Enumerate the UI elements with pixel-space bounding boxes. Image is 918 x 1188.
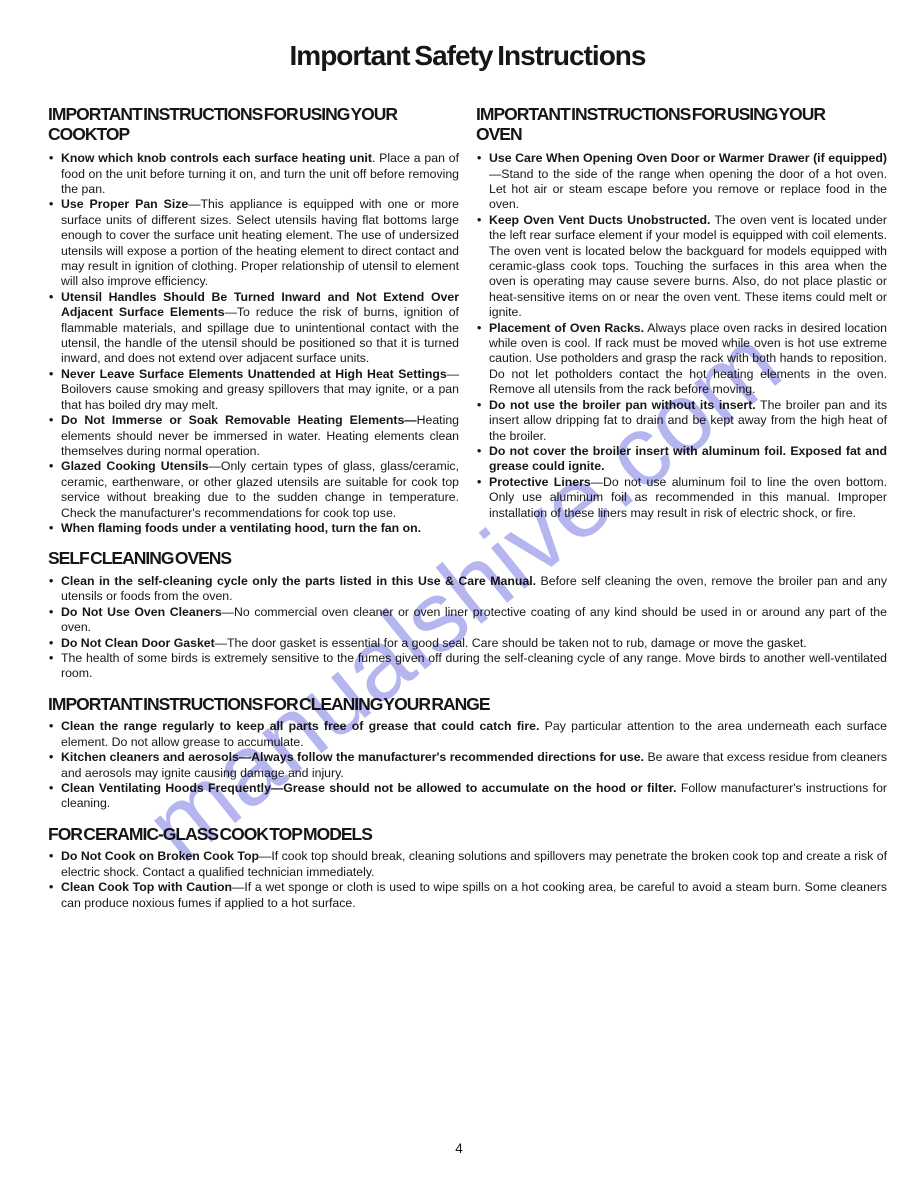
bullet-lead: Do Not Clean Door Gasket [61, 636, 215, 650]
bullet-lead: Do not use the broiler pan without its i… [489, 398, 756, 412]
list-item: Utensil Handles Should Be Turned Inward … [48, 290, 459, 367]
ceramic-glass-heading: FOR CERAMIC-GLASS COOK TOP MODELS [48, 825, 887, 845]
bullet-text: The oven vent is located under the left … [489, 213, 887, 319]
bullet-lead: Do Not Immerse or Soak Removable Heating… [61, 413, 417, 427]
cooktop-heading-line2: COOKTOP [48, 124, 129, 144]
bullet-lead: Do not cover the broiler insert with alu… [489, 444, 887, 473]
bullet-text: —Stand to the side of the range when ope… [489, 167, 887, 212]
list-item: Kitchen cleaners and aerosols—Always fol… [48, 750, 887, 781]
self-cleaning-heading: SELF CLEANING OVENS [48, 549, 887, 569]
list-item: Use Proper Pan Size—This appliance is eq… [48, 197, 459, 289]
bullet-lead: Do Not Cook on Broken Cook Top [61, 849, 259, 863]
bullet-lead: Use Proper Pan Size [61, 197, 188, 211]
list-item: Glazed Cooking Utensils—Only certain typ… [48, 459, 459, 521]
two-column-area: IMPORTANT INSTRUCTIONS FOR USING YOURCOO… [48, 105, 887, 536]
list-item: Clean in the self-cleaning cycle only th… [48, 574, 887, 605]
bullet-lead: Use Care When Opening Oven Door or Warme… [489, 151, 887, 165]
bullet-lead: Clean in the self-cleaning cycle only th… [61, 574, 536, 588]
cleaning-range-heading: IMPORTANT INSTRUCTIONS FOR CLEANING YOUR… [48, 695, 887, 715]
bullet-lead: Clean Cook Top with Caution [61, 880, 232, 894]
oven-section: IMPORTANT INSTRUCTIONS FOR USING YOUROVE… [476, 105, 887, 536]
bullet-lead: Placement of Oven Racks. [489, 321, 644, 335]
list-item: Clean Ventilating Hoods Frequently—Greas… [48, 781, 887, 812]
bullet-lead: Clean the range regularly to keep all pa… [61, 719, 539, 733]
list-item: Do Not Clean Door Gasket—The door gasket… [48, 636, 887, 651]
bullet-lead: Kitchen cleaners and aerosols—Always fol… [61, 750, 644, 764]
list-item: Do Not Cook on Broken Cook Top—If cook t… [48, 849, 887, 880]
bullet-text: —The door gasket is essential for a good… [215, 636, 807, 650]
bullet-lead: Clean Ventilating Hoods Frequently—Greas… [61, 781, 676, 795]
bullet-lead: Never Leave Surface Elements Unattended … [61, 367, 447, 381]
bullet-lead: Know which knob controls each surface he… [61, 151, 372, 165]
list-item: Do not cover the broiler insert with alu… [476, 444, 887, 475]
list-item: Placement of Oven Racks. Always place ov… [476, 321, 887, 398]
bullet-lead: Do Not Use Oven Cleaners [61, 605, 222, 619]
list-item: Clean the range regularly to keep all pa… [48, 719, 887, 750]
ceramic-glass-section: FOR CERAMIC-GLASS COOK TOP MODELS Do Not… [48, 825, 887, 911]
bullet-text: The health of some birds is extremely se… [61, 651, 887, 680]
bullet-lead: When flaming foods under a ventilating h… [61, 521, 421, 535]
cooktop-heading: IMPORTANT INSTRUCTIONS FOR USING YOURCOO… [48, 105, 459, 144]
list-item: Do Not Immerse or Soak Removable Heating… [48, 413, 459, 459]
manual-page: Important Safety Instructions IMPORTANT … [0, 0, 918, 1188]
list-item: Never Leave Surface Elements Unattended … [48, 367, 459, 413]
cooktop-heading-line1: IMPORTANT INSTRUCTIONS FOR USING YOUR [48, 104, 397, 124]
list-item: When flaming foods under a ventilating h… [48, 521, 459, 536]
list-item: Do not use the broiler pan without its i… [476, 398, 887, 444]
list-item: Use Care When Opening Oven Door or Warme… [476, 151, 887, 213]
list-item: Know which knob controls each surface he… [48, 151, 459, 197]
bullet-lead: Glazed Cooking Utensils [61, 459, 209, 473]
list-item: The health of some birds is extremely se… [48, 651, 887, 682]
oven-heading-line1: IMPORTANT INSTRUCTIONS FOR USING YOUR [476, 104, 825, 124]
oven-heading-line2: OVEN [476, 124, 522, 144]
bullet-lead: Protective Liners [489, 475, 591, 489]
list-item: Do Not Use Oven Cleaners—No commercial o… [48, 605, 887, 636]
bullet-lead: Keep Oven Vent Ducts Unobstructed. [489, 213, 710, 227]
list-item: Protective Liners—Do not use aluminum fo… [476, 475, 887, 521]
list-item: Clean Cook Top with Caution—If a wet spo… [48, 880, 887, 911]
page-title: Important Safety Instructions [48, 0, 887, 72]
oven-heading: IMPORTANT INSTRUCTIONS FOR USING YOUROVE… [476, 105, 887, 144]
self-cleaning-section: SELF CLEANING OVENS Clean in the self-cl… [48, 549, 887, 681]
cooktop-section: IMPORTANT INSTRUCTIONS FOR USING YOURCOO… [48, 105, 459, 536]
list-item: Keep Oven Vent Ducts Unobstructed. The o… [476, 213, 887, 321]
cleaning-range-section: IMPORTANT INSTRUCTIONS FOR CLEANING YOUR… [48, 695, 887, 812]
page-number: 4 [0, 1141, 918, 1156]
